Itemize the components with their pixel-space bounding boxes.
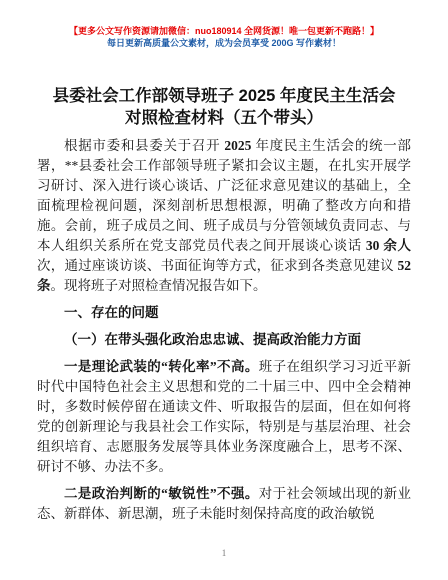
paragraph: 根据市委和县委关于召开 2025 年度民主生活会的统一部署，**县委社会工作部领… [37,136,411,296]
emphasis-text: 2025 [224,138,251,153]
emphasis-text: 二是政治判断的“敏锐性”不强。 [64,486,259,501]
document-title-line-1: 县委社会工作部领导班子 2025 年度民主生活会 [30,85,418,107]
emphasis-text: 30 余人 [366,238,411,253]
emphasis-text: （一）在带头强化政治忠忠诚、提高政治能力方面 [64,332,361,347]
document-page: 【更多公文写作资源请加微信：nuo180914 全网货源！唯一包更新不跑路！】 … [0,0,448,580]
body-text: 。现将班子对照检查情况报告如下。 [51,278,267,293]
document-title: 县委社会工作部领导班子 2025 年度民主生活会 对照检查材料（五个带头） [30,85,418,129]
paragraph: 二是政治判断的“敏锐性”不强。对于社会领域出现的新业态、新群体、新思潮，班子未能… [37,484,411,524]
body-text: 根据市委和县委关于召开 [64,138,224,153]
promo-line-1: 【更多公文写作资源请加微信：nuo180914 全网货源！唯一包更新不跑路！】 [0,25,448,37]
document-body: 根据市委和县委关于召开 2025 年度民主生活会的统一部署，**县委社会工作部领… [37,136,411,524]
paragraph: 一是理论武装的“转化率”不高。班子在组织学习习近平新时代中国特色社会主义思想和党… [37,357,411,477]
section-heading: 一、存在的问题 [37,303,411,323]
promo-line-2: 每日更新高质量公文素材，成为会员享受 200G 写作素材！ [0,37,448,49]
body-text: 班子在组织学习习近平新时代中国特色社会主义思想和党的二十届三中、四中全会精神时，… [37,359,411,474]
promo-banner: 【更多公文写作资源请加微信：nuo180914 全网货源！唯一包更新不跑路！】 … [0,0,448,49]
section-heading: （一）在带头强化政治忠忠诚、提高政治能力方面 [37,330,411,350]
emphasis-text: 一、存在的问题 [64,305,159,320]
emphasis-text: 一是理论武装的“转化率”不高。 [64,359,259,374]
body-text: 次，通过座谈访谈、书面征询等方式，征求到各类意见建议 [37,258,398,273]
page-number: 1 [0,548,448,558]
body-text: 年度民主生活会的统一部署，**县委社会工作部领导班子紧扣会议主题，在扎实开展学习… [37,138,411,253]
document-title-line-2: 对照检查材料（五个带头） [30,107,418,129]
